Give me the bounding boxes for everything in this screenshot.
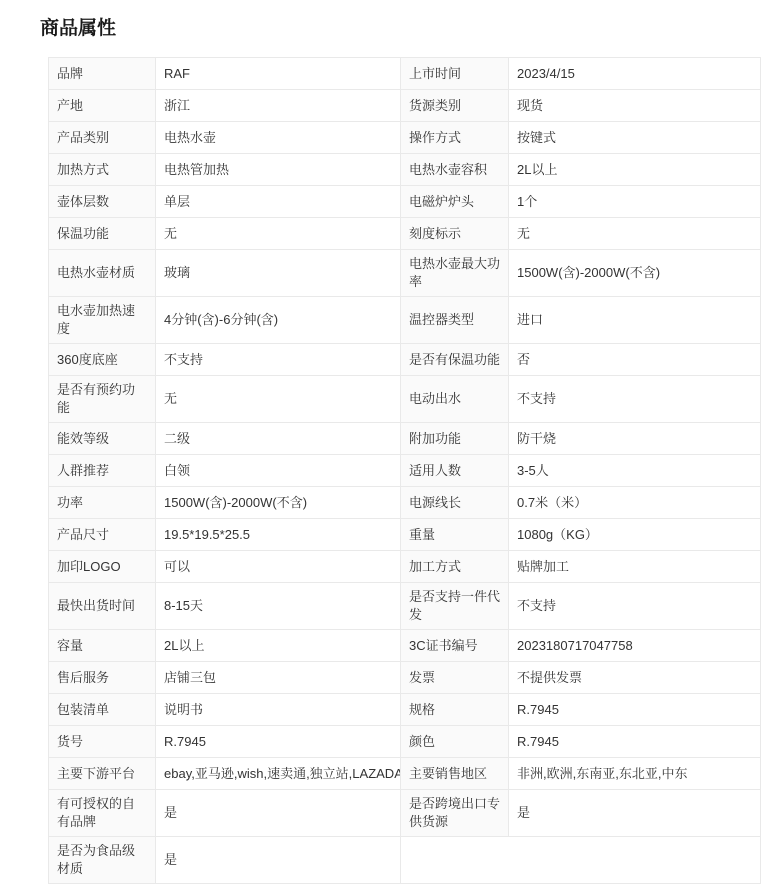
attr-row: 加印LOGO可以加工方式贴牌加工 — [49, 551, 761, 583]
attr-value: 无 — [156, 218, 401, 250]
attr-row: 产品类别电热水壶操作方式按键式 — [49, 122, 761, 154]
attr-row: 包装清单说明书规格R.7945 — [49, 694, 761, 726]
attr-value: 不提供发票 — [509, 662, 761, 694]
attr-value: 店铺三包 — [156, 662, 401, 694]
attr-row: 售后服务店铺三包发票不提供发票 — [49, 662, 761, 694]
attr-row: 电热水壶材质玻璃电热水壶最大功率1500W(含)-2000W(不含) — [49, 250, 761, 297]
attr-value: 19.5*19.5*25.5 — [156, 519, 401, 551]
attr-label: 上市时间 — [401, 58, 509, 90]
attr-row: 保温功能无刻度标示无 — [49, 218, 761, 250]
attr-value: 玻璃 — [156, 250, 401, 297]
attr-label: 操作方式 — [401, 122, 509, 154]
attr-row: 壶体层数单层电磁炉炉头1个 — [49, 186, 761, 218]
attr-label: 包装清单 — [49, 694, 156, 726]
attr-value: 1080g（KG） — [509, 519, 761, 551]
attr-label: 货号 — [49, 726, 156, 758]
attr-value: 无 — [156, 376, 401, 423]
attr-row: 产品尺寸19.5*19.5*25.5重量1080g（KG） — [49, 519, 761, 551]
attr-label: 电水壶加热速度 — [49, 297, 156, 344]
attr-label: 电热水壶材质 — [49, 250, 156, 297]
attr-value: 无 — [509, 218, 761, 250]
attr-value: R.7945 — [156, 726, 401, 758]
attr-label: 产品类别 — [49, 122, 156, 154]
attr-value: 1个 — [509, 186, 761, 218]
attr-label: 产品尺寸 — [49, 519, 156, 551]
attr-value: 是 — [156, 790, 401, 837]
attr-value: ebay,亚马逊,wish,速卖通,独立站,LAZADA — [156, 758, 401, 790]
attr-label: 加工方式 — [401, 551, 509, 583]
attr-value: 4分钟(含)-6分钟(含) — [156, 297, 401, 344]
attr-value: 浙江 — [156, 90, 401, 122]
attr-value: 防干烧 — [509, 423, 761, 455]
attr-label: 规格 — [401, 694, 509, 726]
attr-label: 加热方式 — [49, 154, 156, 186]
attr-label: 是否有预约功能 — [49, 376, 156, 423]
attr-row: 品牌RAF上市时间2023/4/15 — [49, 58, 761, 90]
attr-label: 产地 — [49, 90, 156, 122]
attr-value: 2023/4/15 — [509, 58, 761, 90]
attr-value: 2023180717047758 — [509, 630, 761, 662]
attr-value: 说明书 — [156, 694, 401, 726]
attr-value: 否 — [509, 344, 761, 376]
attr-value: 现货 — [509, 90, 761, 122]
attr-label: 电磁炉炉头 — [401, 186, 509, 218]
attr-value: 3-5人 — [509, 455, 761, 487]
attr-label: 功率 — [49, 487, 156, 519]
attr-value: 不支持 — [156, 344, 401, 376]
attr-label: 有可授权的自有品牌 — [49, 790, 156, 837]
attr-label: 人群推荐 — [49, 455, 156, 487]
attr-row: 主要下游平台ebay,亚马逊,wish,速卖通,独立站,LAZADA主要销售地区… — [49, 758, 761, 790]
attr-label: 货源类别 — [401, 90, 509, 122]
attr-row: 是否有预约功能无电动出水不支持 — [49, 376, 761, 423]
attr-row: 360度底座不支持是否有保温功能否 — [49, 344, 761, 376]
attr-label: 360度底座 — [49, 344, 156, 376]
attr-row: 能效等级二级附加功能防干烧 — [49, 423, 761, 455]
attr-label: 售后服务 — [49, 662, 156, 694]
attr-row: 有可授权的自有品牌是是否跨境出口专供货源是 — [49, 790, 761, 837]
attr-value: R.7945 — [509, 726, 761, 758]
attr-label: 保温功能 — [49, 218, 156, 250]
attr-label: 电热水壶最大功率 — [401, 250, 509, 297]
attr-value: 电热水壶 — [156, 122, 401, 154]
attr-value: 是 — [509, 790, 761, 837]
attr-label: 是否有保温功能 — [401, 344, 509, 376]
attr-value: 可以 — [156, 551, 401, 583]
attributes-table-body: 品牌RAF上市时间2023/4/15产地浙江货源类别现货产品类别电热水壶操作方式… — [49, 58, 761, 884]
attr-value: 0.7米（米） — [509, 487, 761, 519]
attr-label: 容量 — [49, 630, 156, 662]
attr-empty-cell — [401, 837, 761, 884]
attr-row: 最快出货时间8-15天是否支持一件代发不支持 — [49, 583, 761, 630]
attr-value: 电热管加热 — [156, 154, 401, 186]
attr-label: 能效等级 — [49, 423, 156, 455]
attr-value: 是 — [156, 837, 401, 884]
attr-label: 颜色 — [401, 726, 509, 758]
attr-value: 贴牌加工 — [509, 551, 761, 583]
attr-value: R.7945 — [509, 694, 761, 726]
attr-row: 容量2L以上3C证书编号2023180717047758 — [49, 630, 761, 662]
attr-value: 非洲,欧洲,东南亚,东北亚,中东 — [509, 758, 761, 790]
product-attributes-table: 品牌RAF上市时间2023/4/15产地浙江货源类别现货产品类别电热水壶操作方式… — [48, 57, 761, 884]
attr-label: 主要下游平台 — [49, 758, 156, 790]
attr-label: 品牌 — [49, 58, 156, 90]
attr-value: 进口 — [509, 297, 761, 344]
attr-row: 电水壶加热速度4分钟(含)-6分钟(含)温控器类型进口 — [49, 297, 761, 344]
attr-label: 加印LOGO — [49, 551, 156, 583]
attr-row: 产地浙江货源类别现货 — [49, 90, 761, 122]
attr-value: 2L以上 — [509, 154, 761, 186]
attr-row: 是否为食品级材质是 — [49, 837, 761, 884]
attr-value: 1500W(含)-2000W(不含) — [509, 250, 761, 297]
attr-label: 电动出水 — [401, 376, 509, 423]
attr-value: 2L以上 — [156, 630, 401, 662]
attr-label: 发票 — [401, 662, 509, 694]
attr-label: 是否跨境出口专供货源 — [401, 790, 509, 837]
attr-label: 重量 — [401, 519, 509, 551]
attr-label: 是否为食品级材质 — [49, 837, 156, 884]
page-title: 商品属性 — [40, 16, 778, 42]
attr-row: 功率1500W(含)-2000W(不含)电源线长0.7米（米） — [49, 487, 761, 519]
attr-value: 不支持 — [509, 583, 761, 630]
attr-value: 二级 — [156, 423, 401, 455]
attr-value: 白领 — [156, 455, 401, 487]
attr-label: 最快出货时间 — [49, 583, 156, 630]
attr-label: 壶体层数 — [49, 186, 156, 218]
attr-label: 主要销售地区 — [401, 758, 509, 790]
attr-value: RAF — [156, 58, 401, 90]
attr-label: 温控器类型 — [401, 297, 509, 344]
attr-value: 单层 — [156, 186, 401, 218]
attr-label: 附加功能 — [401, 423, 509, 455]
attr-value: 按键式 — [509, 122, 761, 154]
attr-label: 是否支持一件代发 — [401, 583, 509, 630]
attr-row: 人群推荐白领适用人数3-5人 — [49, 455, 761, 487]
attr-label: 适用人数 — [401, 455, 509, 487]
attr-row: 货号R.7945颜色R.7945 — [49, 726, 761, 758]
attr-label: 电源线长 — [401, 487, 509, 519]
attr-value: 1500W(含)-2000W(不含) — [156, 487, 401, 519]
attr-value: 不支持 — [509, 376, 761, 423]
attr-row: 加热方式电热管加热电热水壶容积2L以上 — [49, 154, 761, 186]
attr-label: 刻度标示 — [401, 218, 509, 250]
attr-label: 电热水壶容积 — [401, 154, 509, 186]
attr-value: 8-15天 — [156, 583, 401, 630]
attr-label: 3C证书编号 — [401, 630, 509, 662]
